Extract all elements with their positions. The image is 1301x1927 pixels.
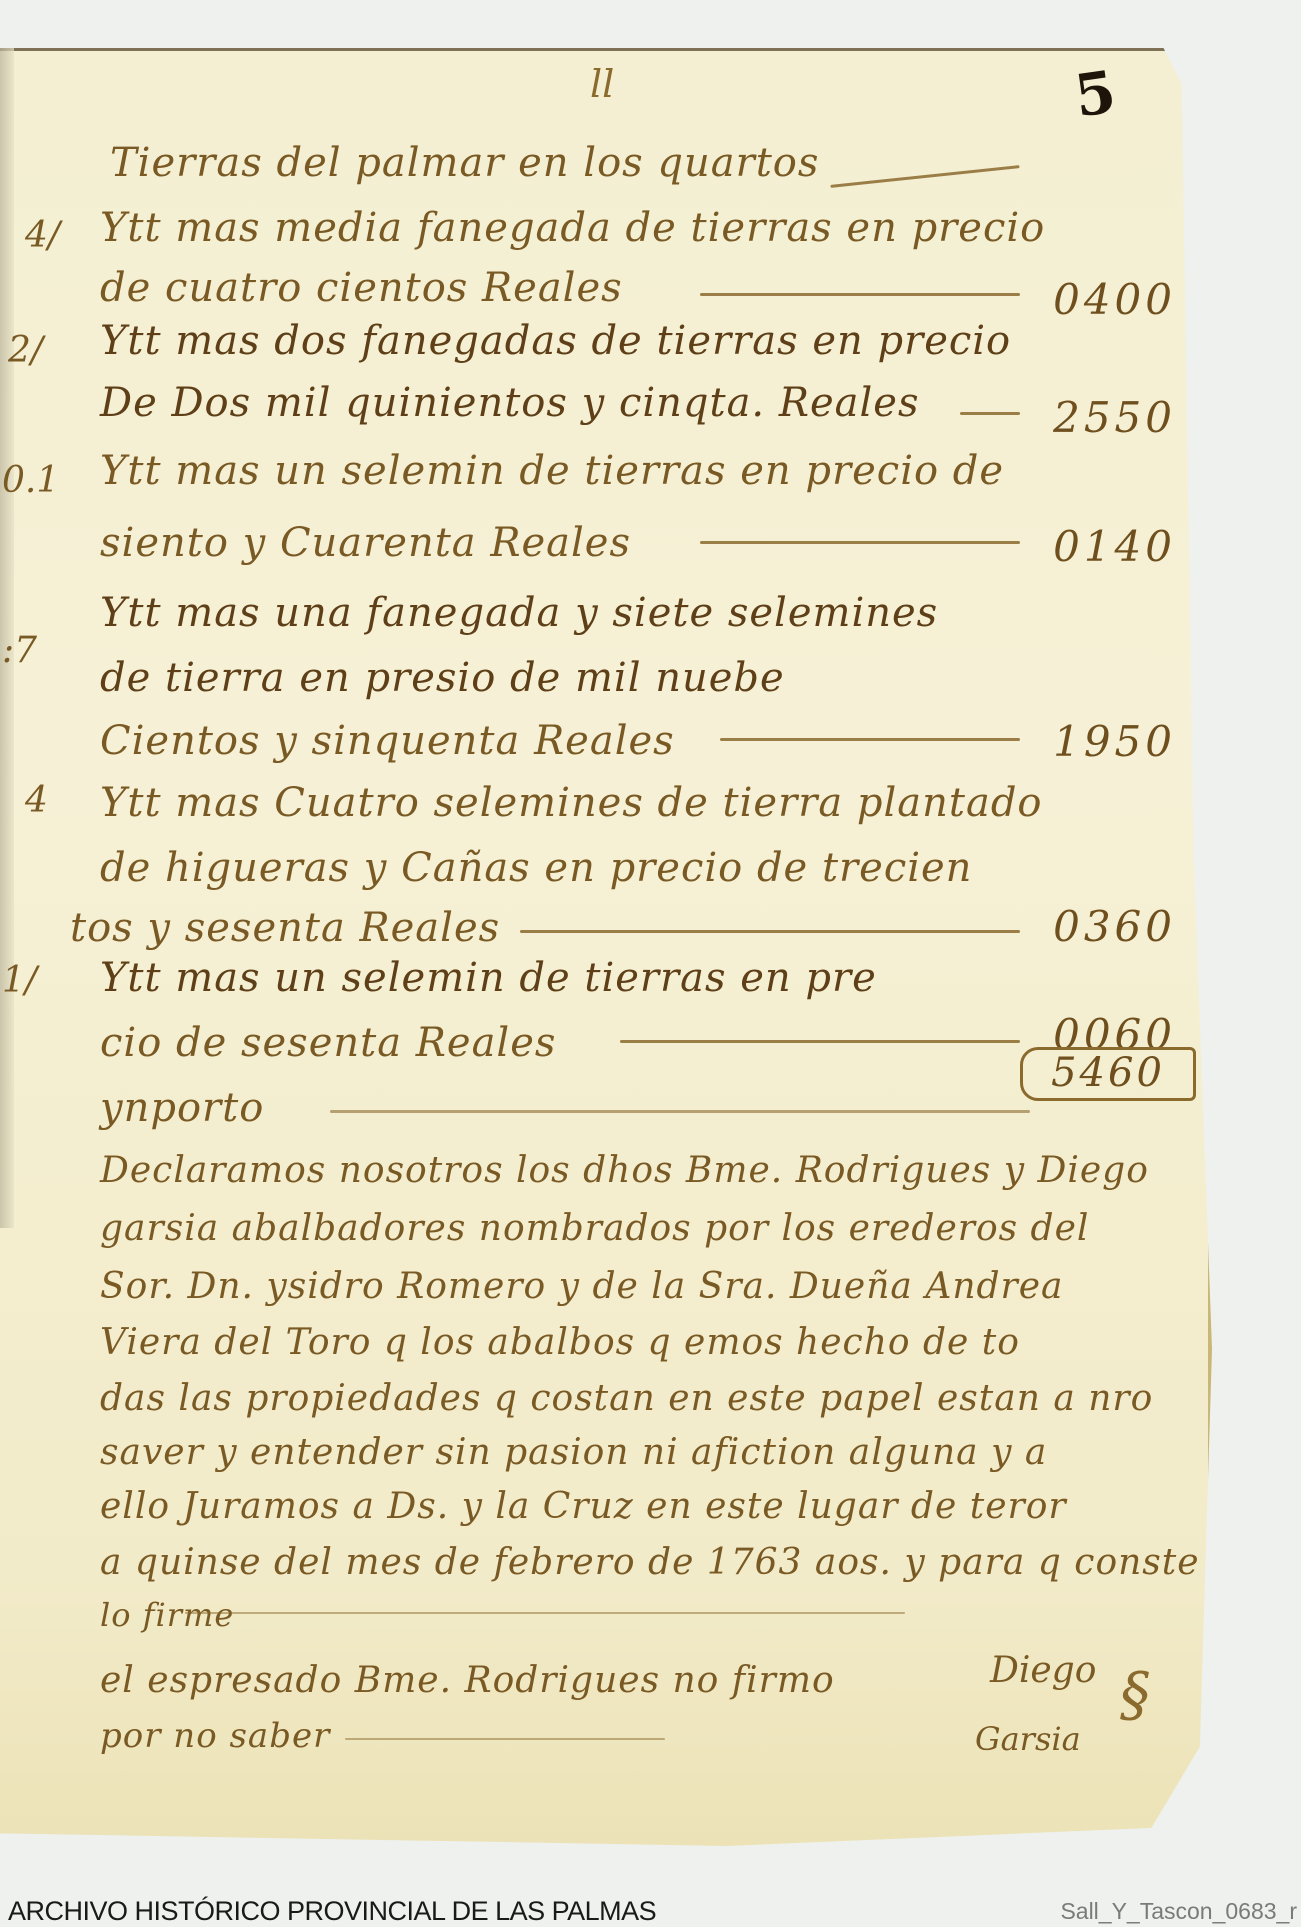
entry-amount: 1950 [1053,717,1176,766]
margin-tally: 2/ [8,330,43,371]
margin-tally: 4/ [25,215,60,256]
signature-last-name: Garsia [975,1720,1081,1758]
total-label: ynporto [100,1085,264,1131]
entry-line: De Dos mil quinientos y cinqta. Reales [100,380,919,426]
total-rule [330,1110,1030,1113]
declaration-line: saver y entender sin pasion ni afiction … [100,1432,1047,1473]
total-amount: 5460 [1020,1047,1196,1101]
heading-line: Tierras del palmar en los quartos [110,140,819,186]
entry-amount: 2550 [1053,393,1176,442]
declaration-line: Viera del Toro q los abalbos q emos hech… [100,1322,1020,1363]
note-line: el espresado Bme. Rodrigues no firmo [100,1660,835,1701]
signature-first-name: Diego [990,1650,1096,1691]
entry-rule [700,541,1020,544]
entry-line: Cientos y sinquenta Reales [100,718,675,764]
entry-line: siento y Cuarenta Reales [100,520,631,566]
entry-amount: 0140 [1053,522,1176,571]
archive-caption: ARCHIVO HISTÓRICO PROVINCIAL DE LAS PALM… [8,1896,656,1927]
note-rule [345,1738,665,1740]
margin-tally: 1/ [2,960,37,1001]
entry-rule [620,1040,1020,1043]
entry-line: Ytt mas Cuatro selemines de tierra plant… [100,780,1043,826]
entry-line: Ytt mas una fanegada y siete selemines [100,590,938,636]
declaration-line: lo firme [100,1596,234,1634]
signature-flourish-icon: § [1120,1660,1150,1730]
declaration-line: ello Juramos a Ds. y la Cruz en este lug… [100,1486,1067,1527]
declaration-line: a quinse del mes de febrero de 1763 aos.… [100,1542,1200,1583]
entry-line: cio de sesenta Reales [100,1020,556,1066]
entry-rule [720,738,1020,741]
image-id-caption: Sall_Y_Tascon_0683_r [1060,1898,1297,1925]
note-line: por no saber [100,1716,330,1756]
top-mark: ll [590,62,614,106]
entry-line: de cuatro cientos Reales [100,265,623,311]
entry-line: Ytt mas un selemin de tierras en pre [100,955,877,1001]
entry-amount: 0360 [1053,902,1176,951]
declaration-line: Declaramos nosotros los dhos Bme. Rodrig… [100,1150,1149,1191]
entry-line: Ytt mas media fanegada de tierras en pre… [100,205,1045,251]
margin-tally: 4 [25,780,48,821]
entry-line: Ytt mas dos fanegadas de tierras en prec… [100,318,1011,364]
declaration-line: garsia abalbadores nombrados por los ere… [100,1208,1089,1249]
declaration-line: Sor. Dn. ysidro Romero y de la Sra. Dueñ… [100,1266,1064,1307]
entry-rule [700,293,1020,296]
signature-rule [185,1612,905,1614]
entry-line: de higueras y Cañas en precio de trecien [100,845,972,891]
entry-line: de tierra en presio de mil nuebe [100,655,785,701]
entry-rule [960,412,1020,415]
margin-tally: 0.1 [2,460,59,501]
entry-line: tos y sesenta Reales [70,905,500,951]
entry-line: Ytt mas un selemin de tierras en precio … [100,448,1004,494]
margin-tally: :7 [2,630,37,671]
declaration-line: das las propiedades q costan en este pap… [100,1378,1153,1419]
entry-amount: 0400 [1053,275,1176,324]
entry-rule [520,930,1020,933]
